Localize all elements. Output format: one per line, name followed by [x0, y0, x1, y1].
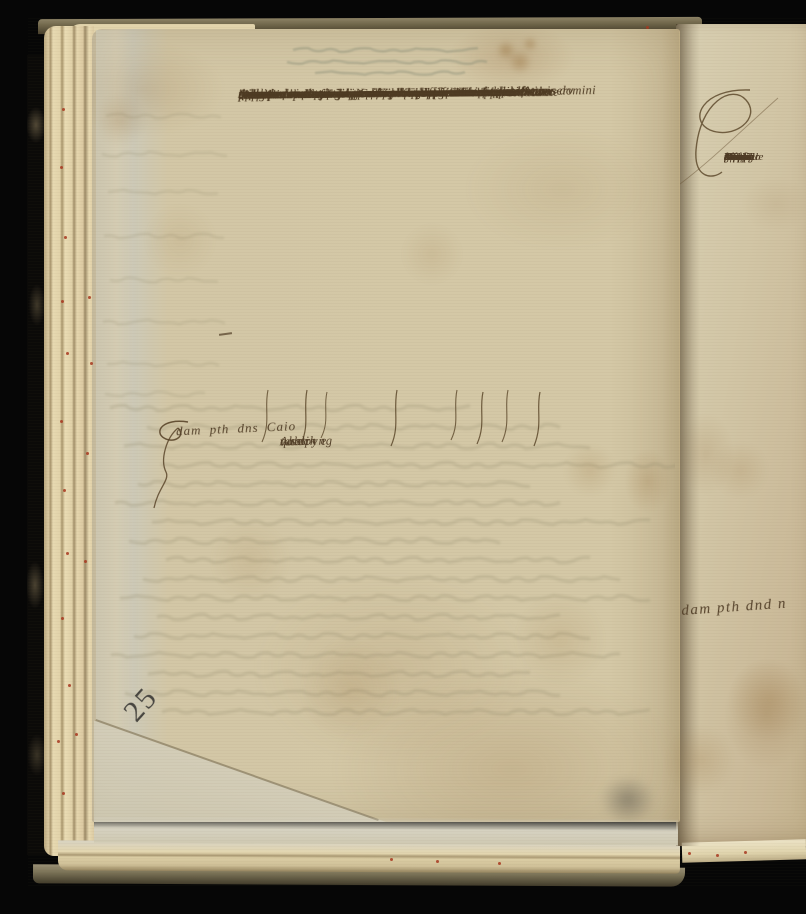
page-edge-stack-bottom — [58, 840, 680, 873]
main-text-block: Attamen assertis · per eundem heredem in… — [238, 82, 691, 407]
manuscript-photo: judz duCeoJustliJn codohennelleVieskeVen… — [0, 0, 806, 914]
ink-smudge — [600, 776, 656, 824]
manuscript-line-fragment: dq o — [724, 150, 744, 165]
right-page-bottom-edge — [682, 839, 806, 862]
page-edge-stack-left — [44, 26, 94, 856]
right-page-text-column: judz duCeoJustliJn codohennelleVieskeVen… — [724, 150, 806, 588]
signature-line: Ahst — [280, 433, 307, 450]
manuscript-line: millesimo quatuorcentesimo quadragesimo … — [238, 84, 515, 102]
underlying-page-band — [94, 816, 678, 845]
